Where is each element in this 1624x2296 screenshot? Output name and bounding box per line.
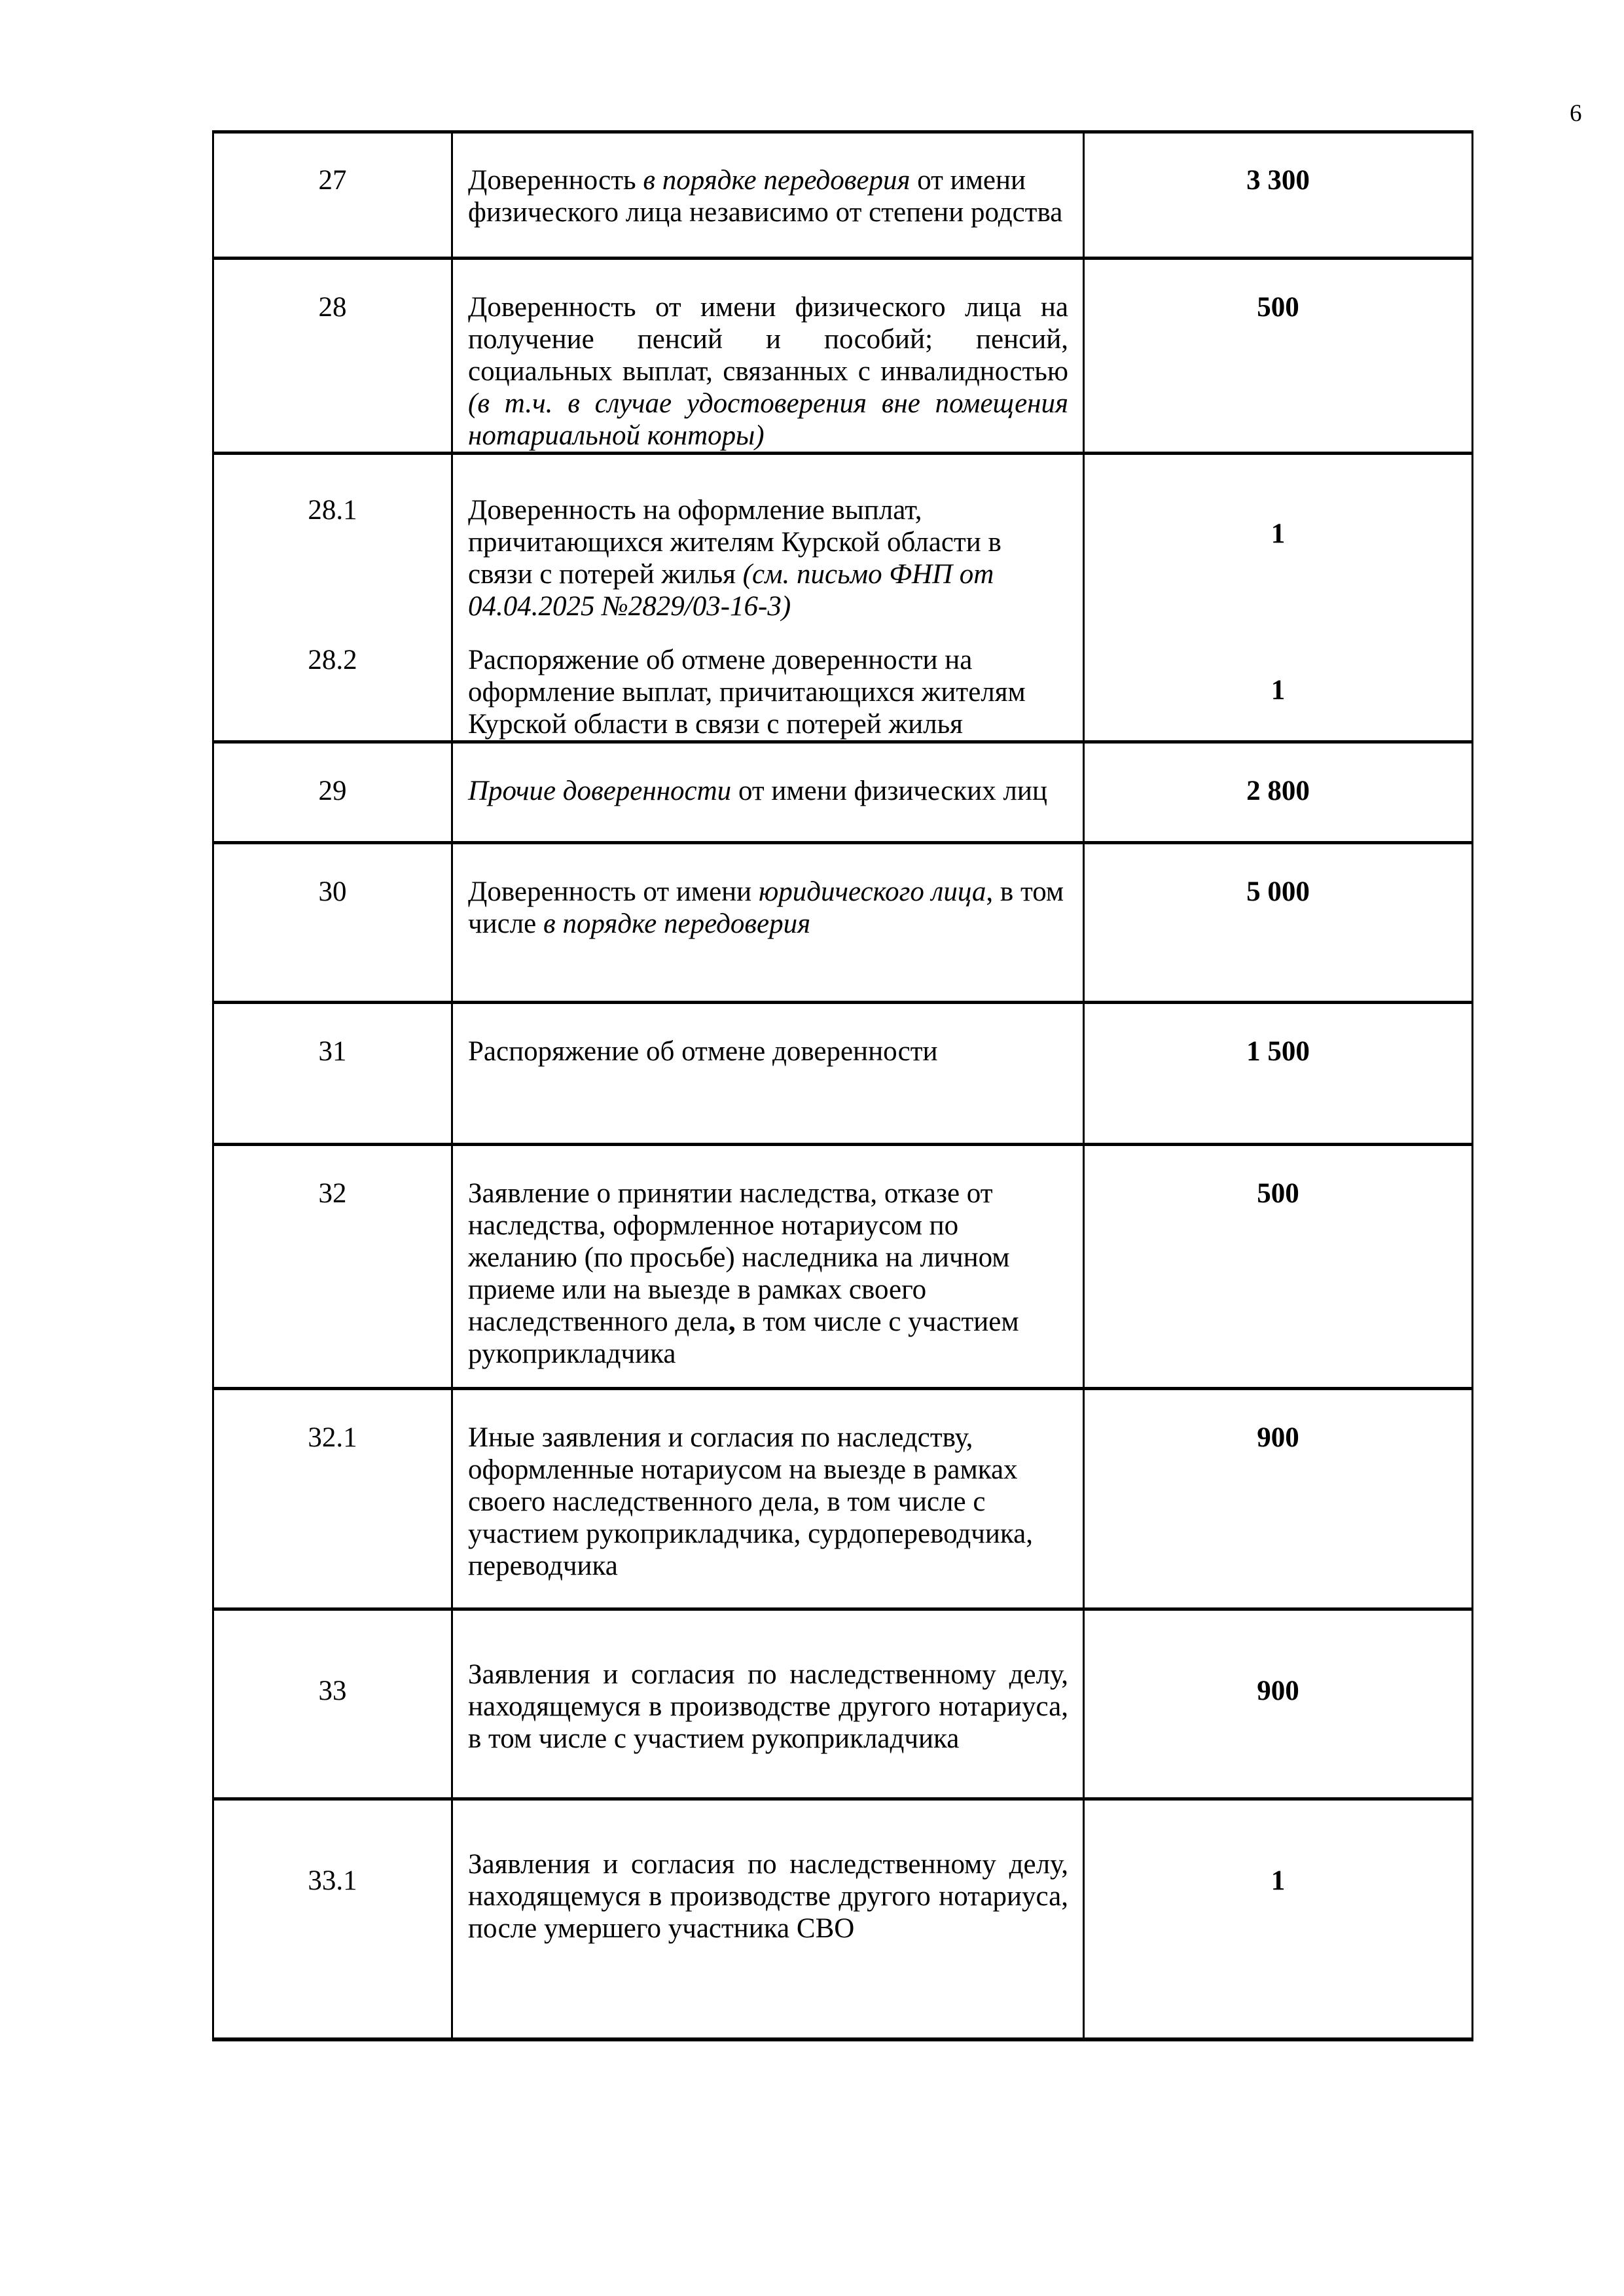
fee-value: 1 [1085,550,1471,706]
fee-cell: 5 000 [1084,843,1473,1003]
table-row: 32.1 Иные заявления и согласия по наслед… [213,1389,1473,1609]
italic-text-run: (в т.ч. в случае удостоверения вне помещ… [468,388,1068,451]
row-number-cell: 32 [213,1145,452,1389]
row-description: Распоряжение об отмене доверенности на о… [453,622,1083,740]
row-number-cell: 30 [213,843,452,1003]
fee-cell: 1 500 [1084,1003,1473,1145]
fee-value: 1 500 [1085,1004,1471,1067]
row-number-cell: 29 [213,742,452,843]
row-description: Прочие доверенности от имени физических … [453,744,1083,807]
row-number: 28 [214,260,451,323]
text-run: Заявления и согласия по наследственному … [468,1849,1068,1944]
row-description: Распоряжение об отмене доверенности [453,1004,1083,1067]
description-cell: Заявление о принятии наследства, отказе … [452,1145,1084,1389]
row-number: 33 [214,1611,451,1707]
fee-value: 1 [1085,1801,1471,1897]
row-number-cell: 33.1 [213,1799,452,2039]
italic-text-run: в порядке передоверия [643,165,910,196]
text-run: от имени физических лиц [731,776,1047,806]
description-cell: Заявления и согласия по наследственному … [452,1799,1084,2039]
table-row: 33 Заявления и согласия по наследственно… [213,1609,1473,1799]
row-number-cell: 32.1 [213,1389,452,1609]
row-number: 27 [214,134,451,196]
fee-value: 900 [1085,1611,1471,1707]
text-run: Распоряжение об отмене доверенности [468,1036,938,1067]
text-run: Доверенность от имени [468,876,759,907]
row-number: 31 [214,1004,451,1067]
fee-value: 1 [1085,455,1471,550]
row-number-cell: 27 [213,132,452,259]
row-description: Иные заявления и согласия по наследству,… [453,1390,1083,1582]
table-row: 29 Прочие доверенности от имени физическ… [213,742,1473,843]
row-number: 28.2 [214,526,451,676]
row-number: 32.1 [214,1390,451,1454]
fee-value: 2 800 [1085,744,1471,807]
fee-value: 5 000 [1085,844,1471,908]
fee-value: 900 [1085,1390,1471,1454]
row-description: Заявления и согласия по наследственному … [453,1611,1083,1755]
fee-value: 3 300 [1085,134,1471,196]
text-run: Заявления и согласия по наследственному … [468,1659,1068,1754]
italic-text-run: юридического лица [759,876,986,907]
table-row: 32 Заявление о принятии наследства, отка… [213,1145,1473,1389]
row-number: 28.1 [214,455,451,526]
italic-text-run: в порядке передоверия [543,908,810,939]
page-number: 6 [1570,99,1582,128]
row-number: 33.1 [214,1801,451,1897]
description-cell: Доверенность в порядке передоверия от им… [452,132,1084,259]
fee-cell: 3 300 [1084,132,1473,259]
fee-cell: 1 [1084,1799,1473,2039]
text-run: Распоряжение об отмене доверенности на о… [468,645,1026,740]
text-run: , [729,1306,736,1337]
table-row: 28 Доверенность от имени физического лиц… [213,259,1473,454]
description-cell: Распоряжение об отмене доверенности [452,1003,1084,1145]
row-description: Доверенность на оформление выплат, причи… [453,455,1083,622]
fee-cell: 1 1 [1084,454,1473,742]
fee-cell: 500 [1084,1145,1473,1389]
fee-value: 500 [1085,1146,1471,1210]
row-description: Заявления и согласия по наследственному … [453,1801,1083,1945]
description-cell: Доверенность от имени физического лица н… [452,259,1084,454]
description-cell: Доверенность от имени юридического лица,… [452,843,1084,1003]
row-number: 29 [214,744,451,807]
row-description: Доверенность от имени юридического лица,… [453,844,1083,940]
row-number-cell: 28 [213,259,452,454]
text-run: Иные заявления и согласия по наследству,… [468,1422,1033,1581]
row-description: Доверенность от имени физического лица н… [453,260,1083,452]
row-description: Доверенность в порядке передоверия от им… [453,134,1083,228]
description-cell: Заявления и согласия по наследственному … [452,1609,1084,1799]
table-row: 28.1 28.2 Доверенность на оформление вып… [213,454,1473,742]
row-number-cell: 28.1 28.2 [213,454,452,742]
fee-cell: 900 [1084,1389,1473,1609]
fee-cell: 2 800 [1084,742,1473,843]
notary-fee-table: 27 Доверенность в порядке передоверия от… [212,130,1473,2041]
table-row: 33.1 Заявления и согласия по наследствен… [213,1799,1473,2039]
fee-cell: 900 [1084,1609,1473,1799]
table-row: 31 Распоряжение об отмене доверенности 1… [213,1003,1473,1145]
text-run: Доверенность от имени физического лица н… [468,292,1068,387]
row-number-cell: 31 [213,1003,452,1145]
description-cell: Доверенность на оформление выплат, причи… [452,454,1084,742]
fee-value: 500 [1085,260,1471,323]
table-row: 27 Доверенность в порядке передоверия от… [213,132,1473,259]
row-number-cell: 33 [213,1609,452,1799]
description-cell: Прочие доверенности от имени физических … [452,742,1084,843]
row-number: 30 [214,844,451,908]
description-cell: Иные заявления и согласия по наследству,… [452,1389,1084,1609]
text-run: Доверенность [468,165,643,196]
table-row: 30 Доверенность от имени юридического ли… [213,843,1473,1003]
row-description: Заявление о принятии наследства, отказе … [453,1146,1083,1370]
fee-cell: 500 [1084,259,1473,454]
row-number: 32 [214,1146,451,1210]
italic-text-run: Прочие доверенности [468,776,731,806]
